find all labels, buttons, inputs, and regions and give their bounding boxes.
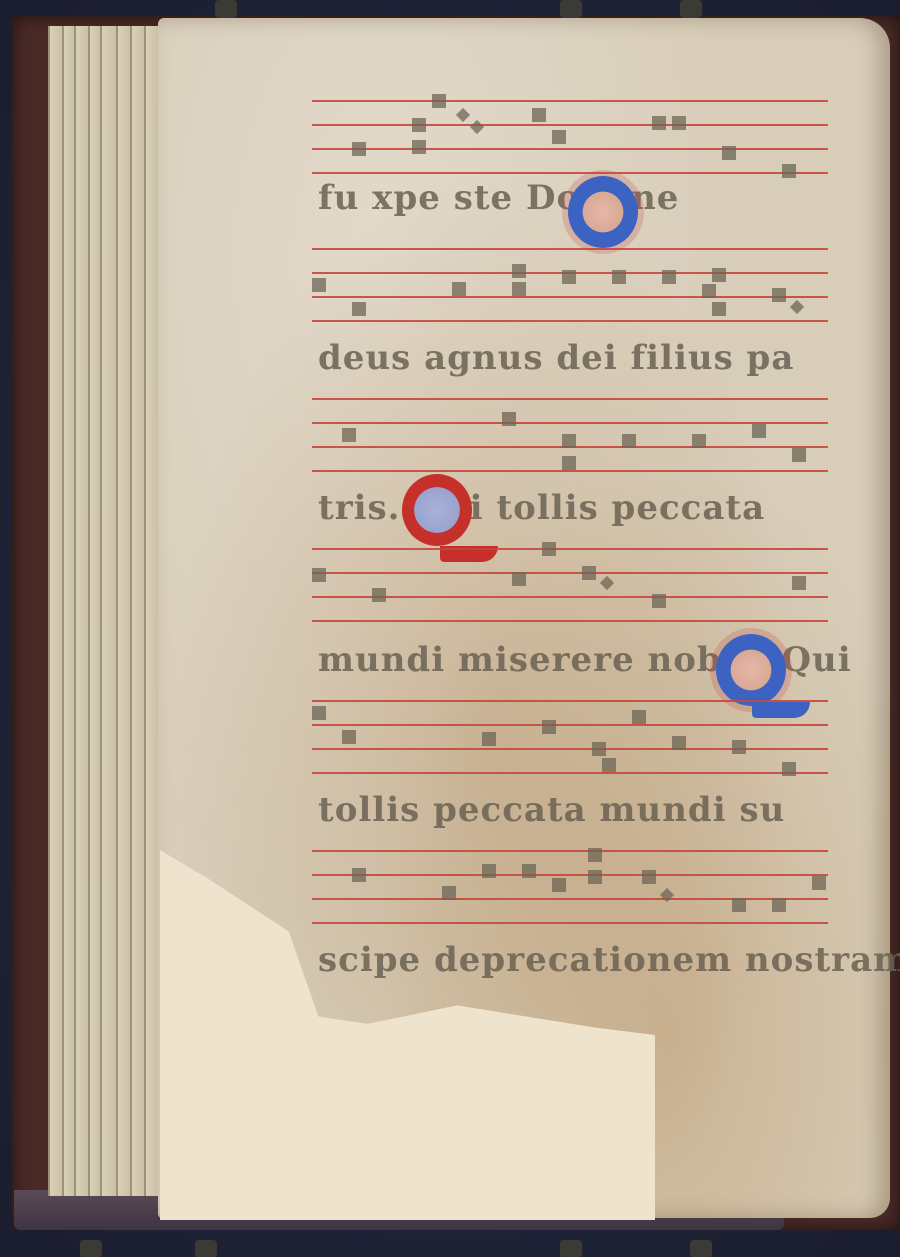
clasp-icon bbox=[690, 1240, 712, 1257]
music-staff bbox=[312, 850, 828, 926]
lyric-line: scipe deprecationem nostram. bbox=[318, 940, 818, 980]
music-staff bbox=[312, 100, 828, 176]
illuminated-initial-q: Q bbox=[402, 474, 472, 546]
lyric-line: tollis peccata mundi su bbox=[318, 790, 818, 830]
clasp-icon bbox=[195, 1240, 217, 1257]
clasp-icon bbox=[560, 0, 582, 18]
illuminated-initial-d: D bbox=[568, 176, 638, 248]
page-stack bbox=[48, 26, 168, 1196]
lyric-line: deus agnus dei filius pa bbox=[318, 338, 818, 378]
lyric-line: tris. Qui tollis peccata bbox=[318, 488, 818, 528]
clasp-icon bbox=[560, 1240, 582, 1257]
clasp-icon bbox=[215, 0, 237, 18]
illuminated-initial-q: Q bbox=[716, 634, 786, 706]
music-staff bbox=[312, 700, 828, 776]
clasp-icon bbox=[80, 1240, 102, 1257]
music-staff bbox=[312, 398, 828, 474]
clasp-icon bbox=[680, 0, 702, 18]
music-staff bbox=[312, 248, 828, 324]
music-staff bbox=[312, 548, 828, 624]
